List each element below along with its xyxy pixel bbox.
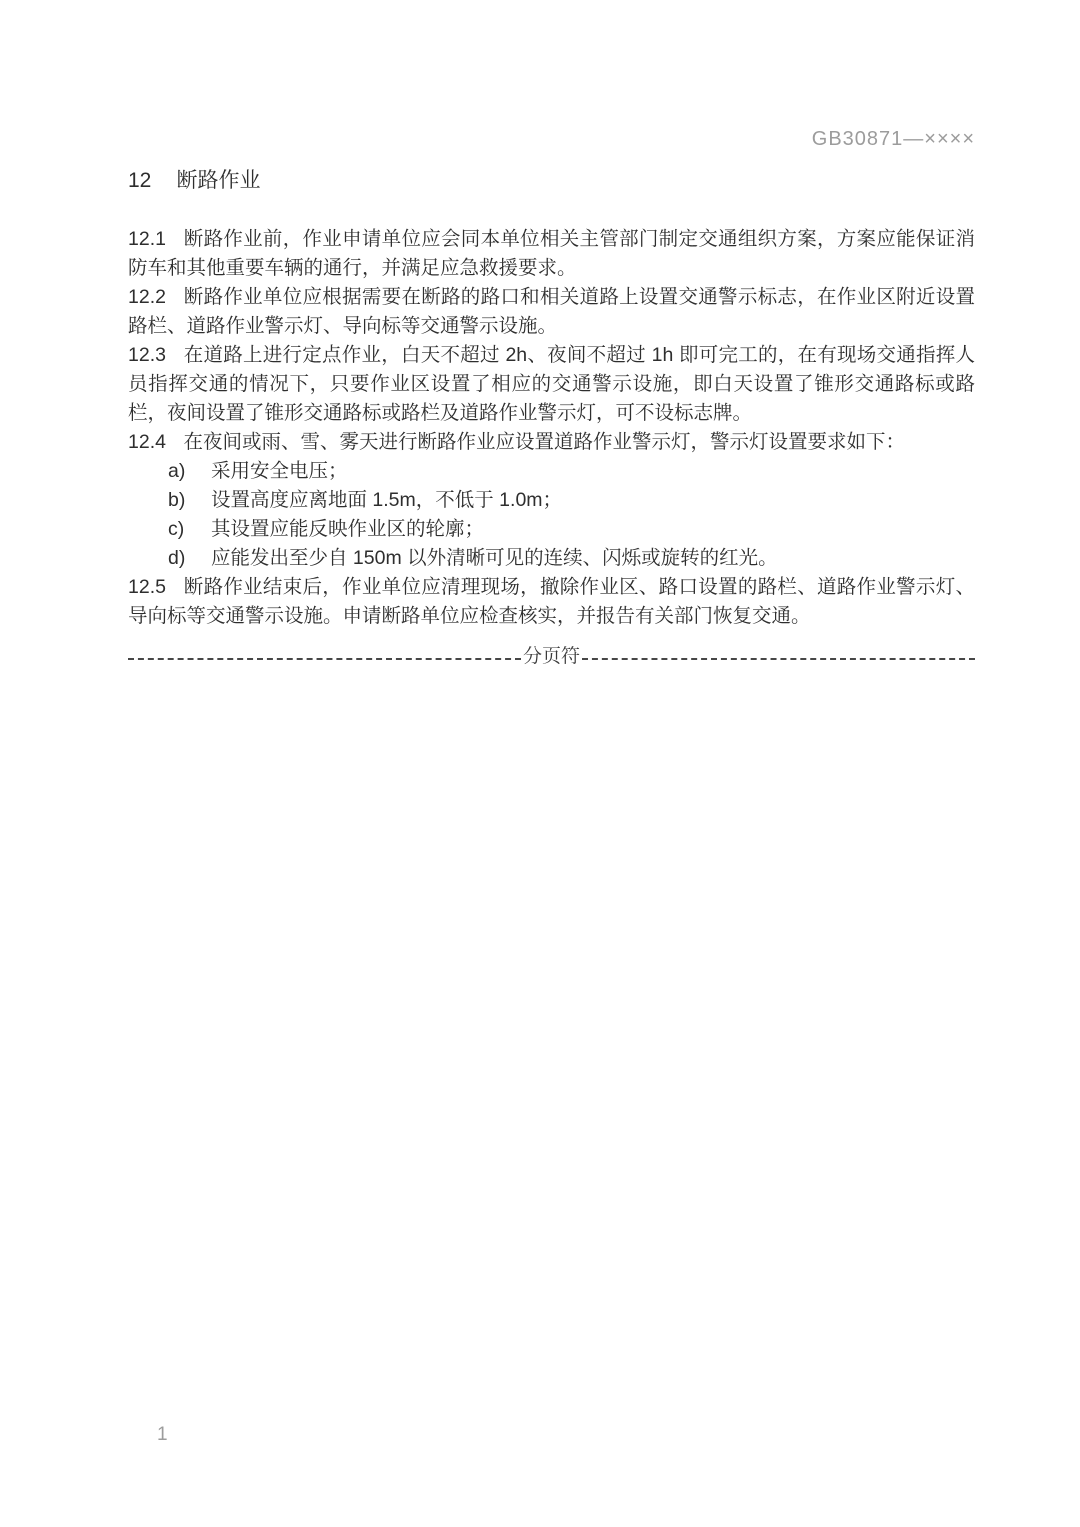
list-item-c: c)其设置应能反映作业区的轮廓； bbox=[128, 515, 975, 544]
clause-text: 在道路上进行定点作业，白天不超过 2h、夜间不超过 1h 即可完工的，在有现场交… bbox=[128, 344, 975, 424]
list-item-d: d)应能发出至少自 150m 以外清晰可见的连续、闪烁或旋转的红光。 bbox=[128, 544, 975, 573]
clause-text: 在夜间或雨、雪、雾天进行断路作业应设置道路作业警示灯，警示灯设置要求如下： bbox=[184, 431, 906, 453]
list-item-text: 应能发出至少自 150m 以外清晰可见的连续、闪烁或旋转的红光。 bbox=[211, 547, 778, 569]
clause-12-3: 12.3在道路上进行定点作业，白天不超过 2h、夜间不超过 1h 即可完工的，在… bbox=[128, 341, 975, 428]
page-break-divider: 分页符 bbox=[128, 644, 975, 670]
clause-number: 12.1 bbox=[128, 228, 166, 250]
list-item-a: a)采用安全电压； bbox=[128, 457, 975, 486]
clause-number: 12.2 bbox=[128, 286, 166, 308]
clause-text: 断路作业前，作业申请单位应会同本单位相关主管部门制定交通组织方案，方案应能保证消… bbox=[128, 228, 975, 279]
list-item-label: d) bbox=[168, 544, 211, 573]
section-body: 12.1断路作业前，作业申请单位应会同本单位相关主管部门制定交通组织方案，方案应… bbox=[128, 225, 975, 670]
list-item-label: b) bbox=[168, 486, 211, 515]
section-title-text: 断路作业 bbox=[177, 169, 261, 192]
section-number: 12 bbox=[128, 169, 151, 192]
list-item-label: a) bbox=[168, 457, 211, 486]
list-item-text: 其设置应能反映作业区的轮廓； bbox=[211, 518, 484, 540]
list-item-label: c) bbox=[168, 515, 211, 544]
warning-light-requirements-list: a)采用安全电压； b)设置高度应离地面 1.5m，不低于 1.0m； c)其设… bbox=[128, 457, 975, 573]
clause-12-2: 12.2断路作业单位应根据需要在断路的路口和相关道路上设置交通警示标志，在作业区… bbox=[128, 283, 975, 341]
page-break-label: 分页符 bbox=[521, 644, 582, 670]
standard-reference-header: GB30871—×××× bbox=[128, 0, 975, 151]
clause-text: 断路作业结束后，作业单位应清理现场，撤除作业区、路口设置的路栏、道路作业警示灯、… bbox=[128, 576, 975, 627]
clause-text: 断路作业单位应根据需要在断路的路口和相关道路上设置交通警示标志，在作业区附近设置… bbox=[128, 286, 975, 337]
divider-dash-left bbox=[128, 658, 521, 660]
list-item-text: 采用安全电压； bbox=[211, 460, 348, 482]
section-heading: 12断路作业 bbox=[128, 167, 975, 195]
page-number: 1 bbox=[157, 1424, 168, 1446]
divider-dash-right bbox=[582, 658, 975, 660]
clause-number: 12.5 bbox=[128, 576, 166, 598]
clause-number: 12.3 bbox=[128, 344, 166, 366]
list-item-text: 设置高度应离地面 1.5m，不低于 1.0m； bbox=[211, 489, 562, 511]
clause-12-4: 12.4在夜间或雨、雪、雾天进行断路作业应设置道路作业警示灯，警示灯设置要求如下… bbox=[128, 428, 975, 457]
clause-12-5: 12.5断路作业结束后，作业单位应清理现场，撤除作业区、路口设置的路栏、道路作业… bbox=[128, 573, 975, 631]
document-page: GB30871—×××× 12断路作业 12.1断路作业前，作业申请单位应会同本… bbox=[0, 0, 1080, 670]
list-item-b: b)设置高度应离地面 1.5m，不低于 1.0m； bbox=[128, 486, 975, 515]
clause-number: 12.4 bbox=[128, 431, 166, 453]
clause-12-1: 12.1断路作业前，作业申请单位应会同本单位相关主管部门制定交通组织方案，方案应… bbox=[128, 225, 975, 283]
